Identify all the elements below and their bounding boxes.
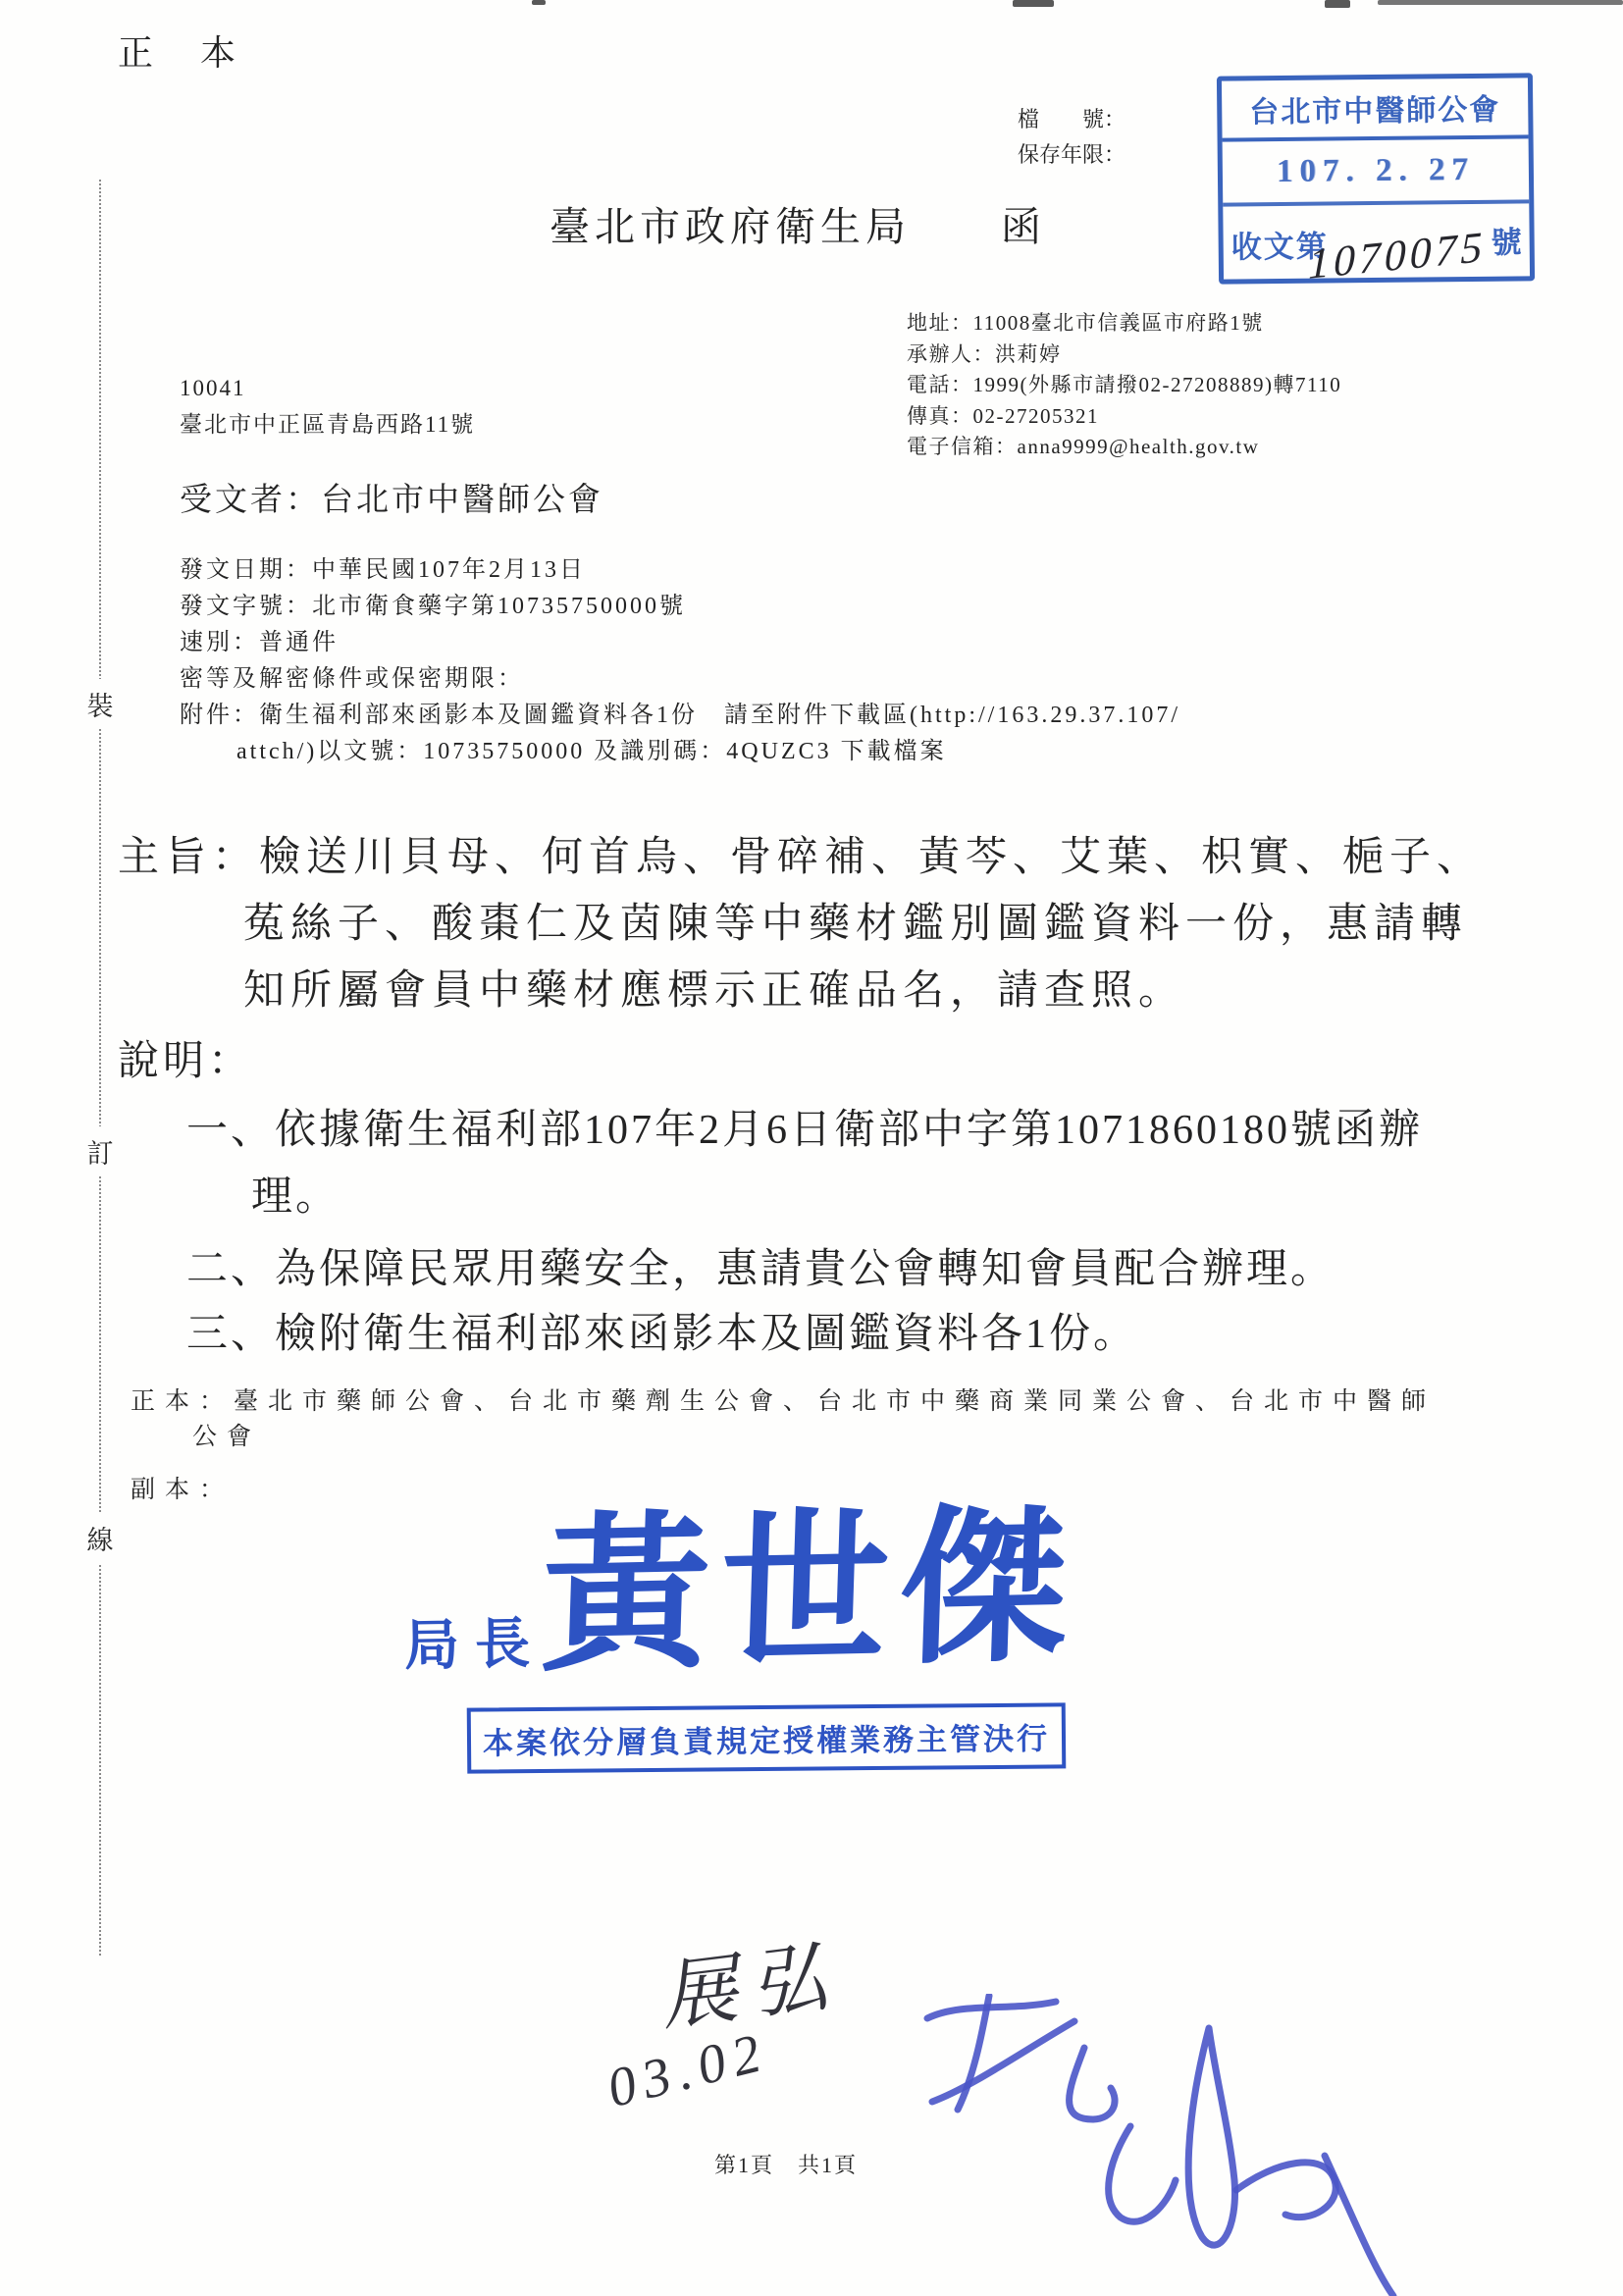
issue-date-line: 發文日期：中華民國107年2月13日: [180, 552, 1180, 589]
scan-artifact: [532, 0, 546, 5]
file-number-block: 檔 號： 保存年限：: [1018, 102, 1126, 173]
recipient-zip-address: 10041 臺北市中正區青島西路11號: [180, 370, 475, 443]
subject-line-3: 知所屬會員中藥材應標示正確品名，請查照。: [243, 958, 1185, 1017]
document-title: 臺北市政府衛生局 函: [550, 194, 1046, 252]
document-meta-block: 發文日期：中華民國107年2月13日 發文字號：北市衛食藥字第107357500…: [180, 552, 1180, 770]
received-stamp-handwritten-number: 1070075: [1308, 222, 1486, 289]
director-signature-name: 黃世傑: [539, 1503, 1079, 1684]
binding-dotted-line: [99, 180, 101, 1956]
director-title-stamp: 局長: [403, 1600, 546, 1682]
scan-artifact: [1325, 0, 1350, 8]
sender-contact-block: 地址：11008臺北市信義區市府路1號 承辦人：洪莉婷 電話：1999(外縣市請…: [907, 308, 1341, 463]
sender-phone: 電話：1999(外縣市請撥02-27208889)轉7110: [907, 370, 1341, 401]
security-line: 密等及解密條件或保密期限：: [180, 661, 1180, 698]
distribution-original-line-1: 正本：臺北市藥師公會、台北市藥劑生公會、台北市中藥商業同業公會、台北市中醫師: [131, 1382, 1436, 1417]
explanation-item-1-line-1: 一、依據衛生福利部107年2月6日衛部中字第1071860180號函辦: [186, 1097, 1423, 1156]
retention-label: 保存年限：: [1018, 137, 1126, 173]
attachment-line-1: 附件：衛生福利部來函影本及圖鑑資料各1份 請至附件下載區(http://163.…: [180, 698, 1180, 734]
delegation-authority-stamp: 本案依分層負責規定授權業務主管決行: [467, 1702, 1067, 1773]
binding-label-zhuang: 裝: [82, 679, 118, 729]
attachment-line-2: attch/)以文號：10735750000 及識別碼：4QUZC3 下載檔案: [236, 734, 1180, 770]
received-stamp-number-row: 收文第 1070075 號: [1223, 203, 1530, 277]
received-stamp-suffix: 號: [1491, 217, 1521, 261]
scan-artifact: [1378, 0, 1623, 5]
distribution-cc-label: 副本：: [131, 1470, 234, 1505]
file-number-label: 檔 號：: [1018, 102, 1126, 137]
received-stamp-org: 台北市中醫師公會: [1222, 78, 1529, 141]
explanation-item-3: 三、檢附衛生福利部來函影本及圖鑑資料各1份。: [186, 1301, 1137, 1360]
received-stamp-date: 107. 2. 27: [1223, 138, 1530, 206]
official-letter-page: 裝 訂 線 正 本 檔 號： 保存年限： 臺北市政府衛生局 函 台北市中醫師公會…: [0, 0, 1623, 2296]
sender-contact-person: 承辦人：洪莉婷: [907, 339, 1341, 371]
copy-type-label: 正 本: [118, 26, 241, 76]
doc-number-line: 發文字號：北市衛食藥字第10735750000號: [180, 589, 1180, 625]
explanation-item-2: 二、為保障民眾用藥安全，惠請貴公會轉知會員配合辦理。: [186, 1236, 1335, 1295]
speed-line: 速別：普通件: [180, 625, 1180, 661]
recipient-zip: 10041: [180, 370, 475, 406]
binding-label-ding: 訂: [82, 1126, 118, 1176]
subject-line-2: 菟絲子、酸棗仁及茵陳等中藥材鑑別圖鑑資料一份，惠請轉: [243, 891, 1468, 950]
sender-email: 電子信箱：anna9999@health.gov.tw: [907, 432, 1341, 463]
sender-fax: 傳真：02-27205321: [907, 401, 1341, 433]
explanation-item-1-line-2: 理。: [251, 1164, 340, 1223]
received-stamp: 台北市中醫師公會 107. 2. 27 收文第 1070075 號: [1217, 73, 1535, 284]
recipient-line: 受文者：台北市中醫師公會: [180, 474, 603, 520]
scan-artifact: [1013, 0, 1054, 7]
binding-label-xian: 線: [82, 1513, 118, 1563]
page-number-footer: 第1頁 共1頁: [714, 2149, 858, 2179]
sender-address: 地址：11008臺北市信義區市府路1號: [907, 308, 1341, 339]
distribution-original-line-2: 公會: [192, 1417, 261, 1452]
recipient-address: 臺北市中正區青島西路11號: [180, 406, 475, 443]
explanation-heading: 說明：: [118, 1028, 253, 1087]
subject-line-1: 主旨：檢送川貝母、何首烏、骨碎補、黃芩、艾葉、枳實、梔子、: [118, 824, 1484, 883]
handwritten-signature-scribble: [864, 1994, 1550, 2296]
